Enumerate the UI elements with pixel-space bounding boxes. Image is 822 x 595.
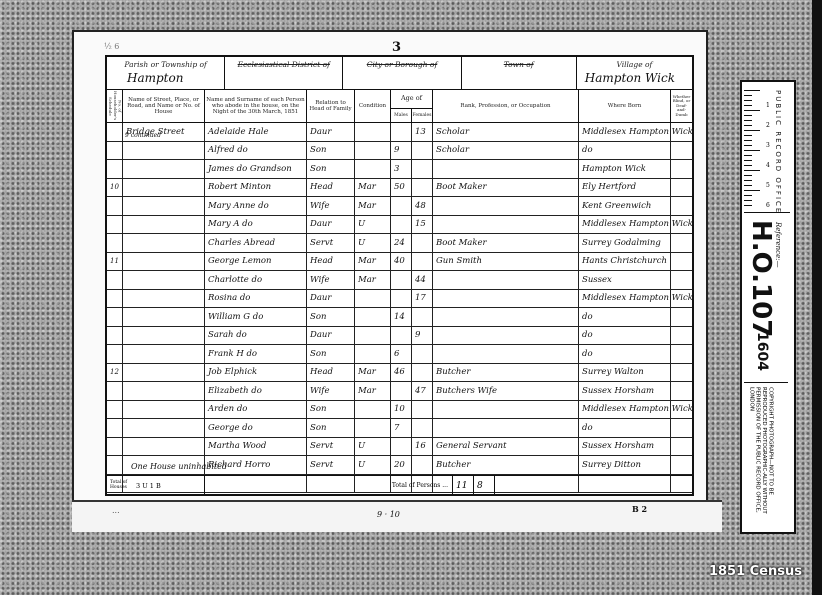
male-age-cell: 50 <box>391 179 412 197</box>
birthplace-cell: Hants Christchurch <box>579 253 671 271</box>
condition-cell: Mar <box>355 179 391 197</box>
schedule-cell <box>107 438 123 456</box>
female-age-cell <box>412 419 433 437</box>
ecclesiastical-cell: Ecclesiastical District of <box>225 57 343 89</box>
female-age-cell: 13 <box>412 123 433 141</box>
bottom-mark-center: 9 · 10 <box>377 510 400 519</box>
street-cell <box>123 419 205 437</box>
piece-number: 1604 <box>754 332 770 371</box>
birthplace-cell: Middlesex Hampton Wick <box>579 401 671 419</box>
col-street: Name of Street, Place, or Road, and Name… <box>123 90 205 122</box>
ruler-tick <box>744 195 752 196</box>
male-age-cell: 6 <box>391 345 412 363</box>
blind-cell <box>671 456 692 474</box>
condition-cell: U <box>355 456 391 474</box>
image-caption: 1851 Census <box>709 564 802 579</box>
relation-cell: Daur <box>307 123 355 141</box>
parish-label: Parish or Township of <box>107 60 224 69</box>
condition-cell <box>355 123 391 141</box>
street-cell <box>123 179 205 197</box>
street-cell <box>123 327 205 345</box>
houses-label: Total of Houses <box>110 481 132 490</box>
blind-cell <box>671 216 692 234</box>
table-row: Rosina doDaur17Middlesex Hampton Wick <box>107 290 692 309</box>
table-row: 10Robert MintonHeadMar50Boot MakerEly He… <box>107 179 692 198</box>
relation-cell: Head <box>307 364 355 382</box>
condition-cell <box>355 160 391 178</box>
female-age-cell <box>412 345 433 363</box>
occupation-cell <box>433 401 579 419</box>
name-cell: William G do <box>205 308 307 326</box>
street-continued-note: 9 continued <box>125 132 161 139</box>
relation-cell: Servt <box>307 438 355 456</box>
ruler-number: 5 <box>766 182 770 189</box>
male-age-cell: 10 <box>391 401 412 419</box>
relation-cell: Daur <box>307 327 355 345</box>
male-age-cell <box>391 327 412 345</box>
relation-cell: Daur <box>307 216 355 234</box>
name-cell: Job Elphick <box>205 364 307 382</box>
name-cell: Frank H do <box>205 345 307 363</box>
ruler-tick <box>744 150 760 151</box>
birthplace-cell: do <box>579 345 671 363</box>
street-cell <box>123 160 205 178</box>
schedule-cell <box>107 216 123 234</box>
occupation-cell <box>433 327 579 345</box>
male-age-cell: 9 <box>391 142 412 160</box>
female-age-cell: 48 <box>412 197 433 215</box>
ruler-tick <box>744 160 752 161</box>
table-row: Bridge Street9 continuedAdelaide HaleDau… <box>107 123 692 142</box>
condition-cell <box>355 327 391 345</box>
condition-cell: Mar <box>355 253 391 271</box>
name-cell: Charles Abread <box>205 234 307 252</box>
condition-cell: U <box>355 216 391 234</box>
condition-cell <box>355 308 391 326</box>
condition-cell <box>355 290 391 308</box>
ruler-tick <box>744 145 752 146</box>
table-row: Mary Anne doWifeMar48Kent Greenwich <box>107 197 692 216</box>
occupation-cell: Butcher <box>433 456 579 474</box>
ruler-tick <box>744 165 752 166</box>
office-label: PUBLIC RECORD OFFICE <box>774 90 782 214</box>
relation-cell: Wife <box>307 197 355 215</box>
col-age: Age of MalesFemales <box>391 90 433 122</box>
birthplace-cell: do <box>579 419 671 437</box>
street-cell <box>123 216 205 234</box>
blind-cell <box>671 401 692 419</box>
sheet-bottom-strip: ... 9 · 10 B 2 <box>72 500 722 532</box>
persons-label-cell: Total of Persons ... <box>205 476 453 495</box>
schedule-cell: 11 <box>107 253 123 271</box>
ecclesiastical-label: Ecclesiastical District of <box>225 60 342 69</box>
footer-blank <box>495 476 692 495</box>
street-cell <box>123 253 205 271</box>
schedule-cell <box>107 142 123 160</box>
birthplace-cell: Middlesex Hampton Wick <box>579 290 671 308</box>
occupation-cell <box>433 160 579 178</box>
condition-cell <box>355 142 391 160</box>
ruler-tick <box>744 200 752 201</box>
schedule-cell <box>107 234 123 252</box>
street-cell <box>123 234 205 252</box>
table-row: Charles AbreadServtU24Boot MakerSurrey G… <box>107 234 692 253</box>
birthplace-cell: Surrey Walton <box>579 364 671 382</box>
totals-footer: Total of Houses 3 U 1 B Total of Persons… <box>107 475 692 495</box>
female-age-cell <box>412 308 433 326</box>
relation-cell: Servt <box>307 234 355 252</box>
males-label: Males <box>391 109 412 122</box>
name-cell: Elizabeth do <box>205 382 307 400</box>
schedule-cell <box>107 456 123 474</box>
street-cell <box>123 401 205 419</box>
blind-cell <box>671 234 692 252</box>
schedule-cell <box>107 382 123 400</box>
female-age-cell <box>412 364 433 382</box>
condition-cell: Mar <box>355 271 391 289</box>
male-age-cell: 14 <box>391 308 412 326</box>
blind-cell <box>671 253 692 271</box>
female-age-cell <box>412 142 433 160</box>
birthplace-cell: do <box>579 308 671 326</box>
table-row: Charlotte doWifeMar44Sussex <box>107 271 692 290</box>
relation-cell: Son <box>307 308 355 326</box>
village-cell: Village of Hampton Wick <box>577 57 692 89</box>
blind-cell <box>671 271 692 289</box>
table-row: Frank H doSon6do <box>107 345 692 364</box>
schedule-cell <box>107 419 123 437</box>
male-age-cell: 40 <box>391 253 412 271</box>
condition-cell <box>355 401 391 419</box>
name-cell: Arden do <box>205 401 307 419</box>
occupation-cell: Boot Maker <box>433 179 579 197</box>
birthplace-cell: Surrey Ditton <box>579 456 671 474</box>
female-age-cell: 9 <box>412 327 433 345</box>
blind-cell <box>671 327 692 345</box>
schedule-cell <box>107 308 123 326</box>
ruler-tick <box>744 185 752 186</box>
female-age-cell <box>412 179 433 197</box>
blind-cell <box>671 308 692 326</box>
relation-cell: Son <box>307 419 355 437</box>
name-cell: Charlotte do <box>205 271 307 289</box>
ruler-tick <box>744 90 760 91</box>
males-total: 11 <box>453 476 474 495</box>
birthplace-cell: do <box>579 327 671 345</box>
female-age-cell <box>412 456 433 474</box>
blind-cell <box>671 438 692 456</box>
col-born: Where Born <box>579 90 671 122</box>
birthplace-cell: Sussex <box>579 271 671 289</box>
occupation-cell <box>433 290 579 308</box>
street-cell <box>123 197 205 215</box>
male-age-cell <box>391 216 412 234</box>
schedule-cell: 12 <box>107 364 123 382</box>
blind-cell <box>671 160 692 178</box>
reference-tag: 123456 PUBLIC RECORD OFFICE Reference:— … <box>740 80 796 534</box>
occupation-cell <box>433 419 579 437</box>
col-blind: Whether Blind, or Deaf-and-Dumb <box>671 90 692 122</box>
name-cell: Mary Anne do <box>205 197 307 215</box>
ruler-tick <box>744 190 760 191</box>
birthplace-cell: Surrey Godalming <box>579 234 671 252</box>
table-row: Martha WoodServtU16General ServantSussex… <box>107 438 692 457</box>
occupation-cell: Scholar <box>433 123 579 141</box>
birthplace-cell: Sussex Horsham <box>579 438 671 456</box>
schedule-cell <box>107 290 123 308</box>
female-age-cell: 15 <box>412 216 433 234</box>
blind-cell <box>671 179 692 197</box>
blind-cell <box>671 364 692 382</box>
females-total: 8 <box>474 476 495 495</box>
condition-cell: U <box>355 438 391 456</box>
relation-cell: Son <box>307 142 355 160</box>
ruler-tick <box>744 135 752 136</box>
corner-mark: ½ 6 <box>104 42 119 51</box>
relation-cell: Son <box>307 401 355 419</box>
table-row: William G doSon14do <box>107 308 692 327</box>
ruler-tick <box>744 125 752 126</box>
birthplace-cell: Sussex Horsham <box>579 382 671 400</box>
male-age-cell: 24 <box>391 234 412 252</box>
name-cell: James do Grandson <box>205 160 307 178</box>
relation-cell: Head <box>307 179 355 197</box>
column-headers: No. of Householder's Schedule Name of St… <box>107 90 692 123</box>
condition-cell: Mar <box>355 382 391 400</box>
blind-cell <box>671 197 692 215</box>
name-cell: Sarah do <box>205 327 307 345</box>
male-age-cell: 7 <box>391 419 412 437</box>
copyright-notice: COPYRIGHT PHOTOGRAPH—NOT TO BE REPRODUCE… <box>748 387 773 521</box>
ruler-tick <box>744 110 760 111</box>
male-age-cell <box>391 382 412 400</box>
name-cell: Alfred do <box>205 142 307 160</box>
ruler-tick <box>744 95 752 96</box>
ruler-number: 2 <box>766 122 770 129</box>
blind-cell <box>671 382 692 400</box>
female-age-cell: 17 <box>412 290 433 308</box>
town-label: Town of <box>462 60 576 69</box>
street-cell <box>123 345 205 363</box>
male-age-cell <box>391 123 412 141</box>
male-age-cell <box>391 438 412 456</box>
table-row: 11George LemonHeadMar40Gun SmithHants Ch… <box>107 253 692 272</box>
blind-cell <box>671 345 692 363</box>
houses-total: Total of Houses 3 U 1 B <box>107 476 205 495</box>
females-label: Females <box>412 109 432 122</box>
relation-cell: Wife <box>307 271 355 289</box>
ruler-tick <box>744 140 752 141</box>
relation-cell: Servt <box>307 456 355 474</box>
name-cell: Robert Minton <box>205 179 307 197</box>
bottom-mark-right: B 2 <box>632 504 647 514</box>
blind-cell <box>671 290 692 308</box>
header-band: Parish or Township of Hampton Ecclesiast… <box>107 57 692 90</box>
table-row: Mary A doDaurU15Middlesex Hampton Wick <box>107 216 692 235</box>
col-name: Name and Surname of each Person who abod… <box>205 90 307 122</box>
parish-value: Hampton <box>127 71 183 85</box>
male-age-cell <box>391 197 412 215</box>
ruler-tick <box>744 175 752 176</box>
city-label: City or Borough of <box>343 60 460 69</box>
parish-cell: Parish or Township of Hampton <box>107 57 225 89</box>
schedule-cell: 10 <box>107 179 123 197</box>
ruler-number: 4 <box>766 162 770 169</box>
occupation-cell: General Servant <box>433 438 579 456</box>
col-schedule: No. of Householder's Schedule <box>107 90 123 122</box>
table-row: Arden doSon10Middlesex Hampton Wick <box>107 401 692 420</box>
birthplace-cell: Kent Greenwich <box>579 197 671 215</box>
name-cell: George do <box>205 419 307 437</box>
male-age-cell <box>391 271 412 289</box>
name-cell: Mary A do <box>205 216 307 234</box>
male-age-cell: 20 <box>391 456 412 474</box>
male-age-cell: 46 <box>391 364 412 382</box>
schedule-cell <box>107 197 123 215</box>
copyright-box: COPYRIGHT PHOTOGRAPH—NOT TO BE REPRODUCE… <box>744 382 788 525</box>
street-cell <box>123 438 205 456</box>
condition-cell: Mar <box>355 364 391 382</box>
houses-value: 3 U 1 B <box>136 482 161 490</box>
occupation-cell <box>433 271 579 289</box>
table-row: George doSon7do <box>107 419 692 438</box>
schedule-cell <box>107 123 123 141</box>
occupation-cell <box>433 197 579 215</box>
street-cell: Bridge Street9 continued <box>123 123 205 141</box>
birthplace-cell: Ely Hertford <box>579 179 671 197</box>
ruler-tick <box>744 115 752 116</box>
street-cell <box>123 308 205 326</box>
name-cell: Martha Wood <box>205 438 307 456</box>
female-age-cell: 16 <box>412 438 433 456</box>
census-page: Parish or Township of Hampton Ecclesiast… <box>105 55 694 496</box>
street-cell <box>123 271 205 289</box>
footnote: One House uninhabited <box>131 462 227 471</box>
blind-cell <box>671 123 692 141</box>
ruler-tick <box>744 180 752 181</box>
male-age-cell: 3 <box>391 160 412 178</box>
street-cell <box>123 382 205 400</box>
col-condition: Condition <box>355 90 391 122</box>
table-row: Elizabeth doWifeMar47Butchers WifeSussex… <box>107 382 692 401</box>
male-age-cell <box>391 290 412 308</box>
ruler-tick <box>744 205 752 206</box>
ruler-number: 6 <box>766 202 770 209</box>
village-label: Village of <box>577 60 692 69</box>
birthplace-cell: Middlesex Hampton Wick <box>579 123 671 141</box>
occupation-cell: Butchers Wife <box>433 382 579 400</box>
ruler-number: 1 <box>766 102 770 109</box>
col-relation: Relation to Head of Family <box>307 90 355 122</box>
village-value: Hampton Wick <box>585 71 675 85</box>
female-age-cell <box>412 253 433 271</box>
name-cell: George Lemon <box>205 253 307 271</box>
table-row: Alfred doSon9Scholardo <box>107 142 692 161</box>
occupation-cell: Butcher <box>433 364 579 382</box>
occupation-cell <box>433 345 579 363</box>
birthplace-cell: do <box>579 142 671 160</box>
relation-cell: Head <box>307 253 355 271</box>
name-cell: Adelaide Hale <box>205 123 307 141</box>
occupation-cell <box>433 216 579 234</box>
blind-cell <box>671 419 692 437</box>
female-age-cell: 44 <box>412 271 433 289</box>
ruler-tick <box>744 120 752 121</box>
city-cell: City or Borough of <box>343 57 461 89</box>
birthplace-cell: Hampton Wick <box>579 160 671 178</box>
edge-border <box>812 0 822 595</box>
col-occupation: Rank, Profession, or Occupation <box>433 90 579 122</box>
female-age-cell <box>412 401 433 419</box>
ruler-tick <box>744 170 760 171</box>
schedule-cell <box>107 160 123 178</box>
ruler-tick <box>744 130 760 131</box>
relation-cell: Son <box>307 160 355 178</box>
reference-code: H.O.107 <box>746 220 776 337</box>
occupation-cell: Scholar <box>433 142 579 160</box>
condition-cell <box>355 345 391 363</box>
birthplace-cell: Middlesex Hampton Wick <box>579 216 671 234</box>
female-age-cell: 47 <box>412 382 433 400</box>
ruler-tick <box>744 100 752 101</box>
table-row: 12Job ElphickHeadMar46ButcherSurrey Walt… <box>107 364 692 383</box>
relation-cell: Wife <box>307 382 355 400</box>
measurement-rule: 123456 <box>744 84 790 213</box>
page-number: 3 <box>392 40 401 55</box>
blind-cell <box>671 142 692 160</box>
street-cell <box>123 290 205 308</box>
relation-cell: Son <box>307 345 355 363</box>
ruler-tick <box>744 105 752 106</box>
occupation-cell <box>433 308 579 326</box>
condition-cell <box>355 419 391 437</box>
street-cell <box>123 364 205 382</box>
schedule-cell <box>107 345 123 363</box>
street-cell <box>123 142 205 160</box>
age-of-label: Age of <box>391 90 432 109</box>
persons-label: Total of Persons ... <box>392 482 448 489</box>
condition-cell: Mar <box>355 197 391 215</box>
name-cell: Rosina do <box>205 290 307 308</box>
occupation-cell: Boot Maker <box>433 234 579 252</box>
condition-cell: U <box>355 234 391 252</box>
female-age-cell <box>412 234 433 252</box>
schedule-cell <box>107 271 123 289</box>
schedule-cell <box>107 401 123 419</box>
census-rows: Bridge Street9 continuedAdelaide HaleDau… <box>107 123 692 493</box>
ruler-tick <box>744 155 752 156</box>
table-row: James do GrandsonSon3Hampton Wick <box>107 160 692 179</box>
relation-cell: Daur <box>307 290 355 308</box>
table-row: Sarah doDaur9do <box>107 327 692 346</box>
town-cell: Town of <box>462 57 577 89</box>
ruler-number: 3 <box>766 142 770 149</box>
female-age-cell <box>412 160 433 178</box>
bottom-mark-left: ... <box>112 506 120 515</box>
occupation-cell: Gun Smith <box>433 253 579 271</box>
schedule-cell <box>107 327 123 345</box>
